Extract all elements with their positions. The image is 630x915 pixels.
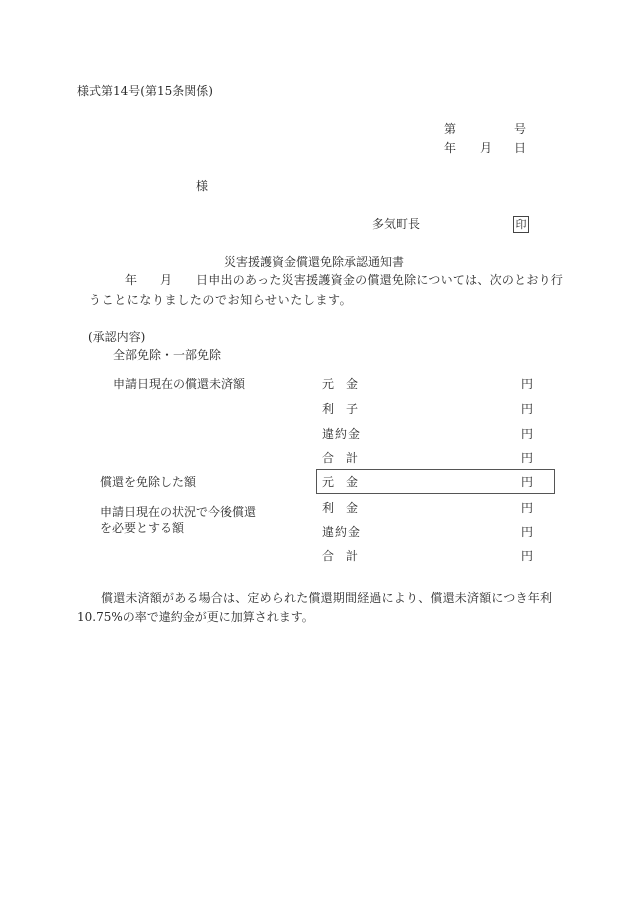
row-label-1: 利 [322,502,346,514]
intro-line2: うことになりましたのでお知らせいたします。 [89,294,352,306]
note-line2: 10.75%の率で違約金が更に加算されます。 [77,611,314,623]
row-label-2: 計 [346,549,358,563]
note-line1: 償還未済額がある場合は、定められた償還期間経過により、償還未済額につき年利 [101,592,552,604]
row-label-1: 元 [322,378,346,390]
section-label-remaining-line2: を必要とする額 [100,522,184,534]
yen-unit: 円 [521,452,533,464]
amount-row-remaining-total: 合計 [322,550,358,562]
row-label-1: 利 [322,403,346,415]
section-label-exempted: 償還を免除した額 [100,476,196,488]
yen-unit: 円 [521,378,533,390]
amount-row-principal: 元金 [322,378,358,390]
section-label-outstanding: 申請日現在の償還未済額 [113,378,245,390]
row-label-1: 違約金 [322,427,361,441]
form-id: 様式第14号(第15条関係) [77,85,213,97]
row-label-1: 元 [322,476,346,488]
amount-row-exempted-principal: 元金 [322,476,358,488]
approval-type: 全部免除・一部免除 [113,349,221,361]
date-year: 年 [444,142,456,154]
date-day: 日 [514,142,526,154]
intro-year: 年 [125,274,137,286]
intro-line1: 日申出のあった災害援護資金の償還免除については、次のとおり行 [196,274,563,286]
addressee-suffix: 様 [196,180,208,192]
document-title: 災害援護資金償還免除承認通知書 [224,256,404,268]
yen-unit: 円 [521,476,533,488]
row-label-2: 金 [346,377,358,391]
amount-row-penalty: 違約金 [322,428,361,440]
number-prefix: 第 [444,123,456,135]
row-label-2: 計 [346,451,358,465]
intro-month: 月 [160,274,172,286]
yen-unit: 円 [521,403,533,415]
section-label-remaining-line1: 申請日現在の状況で今後償還 [100,506,256,518]
yen-unit: 円 [521,526,533,538]
amount-row-interest: 利子 [322,403,358,415]
seal-stamp: 印 [513,216,529,233]
amount-row-remaining-penalty: 違約金 [322,526,361,538]
row-label-1: 合 [322,452,346,464]
number-suffix: 号 [514,123,526,135]
yen-unit: 円 [521,550,533,562]
date-month: 月 [480,142,492,154]
row-label-2: 金 [346,475,358,489]
row-label-1: 違約金 [322,525,361,539]
amount-row-remaining-interest: 利金 [322,502,358,514]
approval-heading: (承認内容) [88,331,145,343]
row-label-2: 子 [346,402,358,416]
yen-unit: 円 [521,502,533,514]
issuer: 多気町長 [372,218,420,230]
row-label-1: 合 [322,550,346,562]
yen-unit: 円 [521,428,533,440]
row-label-2: 金 [346,501,358,515]
amount-row-total: 合計 [322,452,358,464]
